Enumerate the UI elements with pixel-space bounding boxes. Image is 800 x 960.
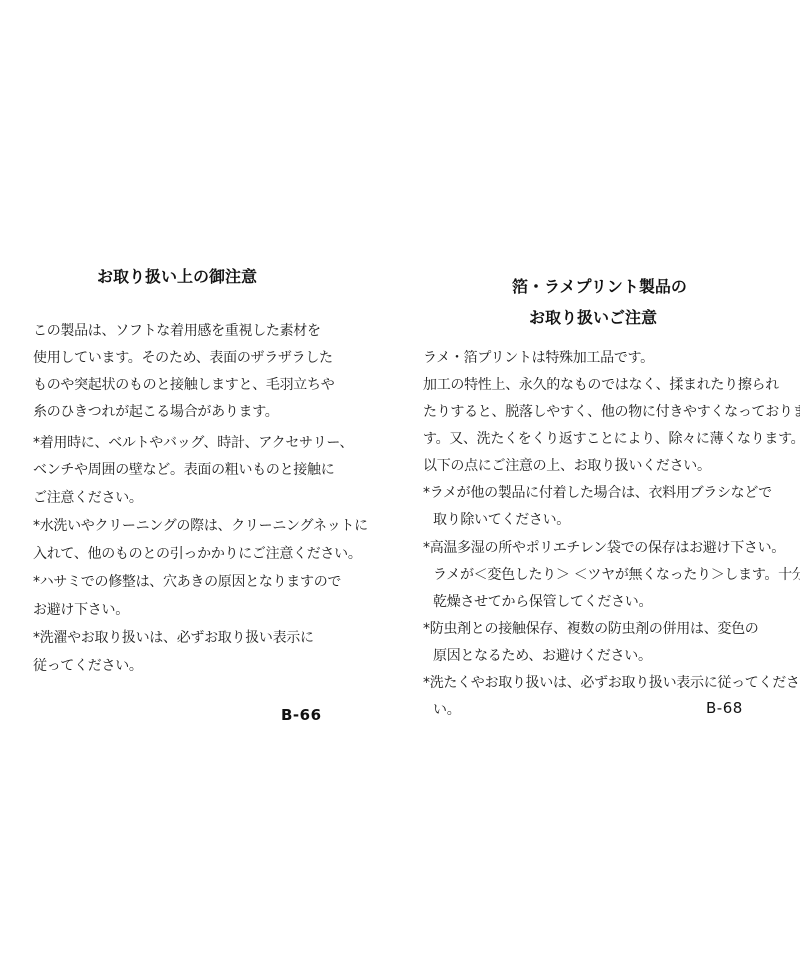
right-line: 以下の点にご注意の上、お取り扱いください。 xyxy=(423,455,711,475)
right-line: 乾燥させてから保管してください。 xyxy=(433,591,652,611)
left-line: *着用時に、ベルトやバッグ、時計、アクセサリー、 xyxy=(33,432,353,452)
right-line: 加工の特性上、永久的なものではなく、揉まれたり擦られ xyxy=(423,374,779,394)
right-line: *洗たくやお取り扱いは、必ずお取り扱い表示に従ってくださ xyxy=(423,672,800,692)
left-line: *水洗いやクリーニングの際は、クリーニングネットに xyxy=(33,515,368,535)
left-title: お取り扱い上の御注意 xyxy=(97,264,257,287)
left-line: 従ってください。 xyxy=(33,655,143,675)
left-line: ベンチや周囲の壁など。表面の粗いものと接触に xyxy=(33,459,334,479)
left-line: 使用しています。そのため、表面のザラザラした xyxy=(33,347,333,367)
right-line: *ラメが他の製品に付着した場合は、衣料用ブラシなどで xyxy=(423,482,772,502)
right-line: 取り除いてください。 xyxy=(433,509,570,529)
right-title-line1: 箔・ラメプリント製品の xyxy=(512,274,687,297)
right-line: *高温多湿の所やポリエチレン袋での保存はお避け下さい。 xyxy=(423,537,785,557)
left-line: お避け下さい。 xyxy=(33,599,129,619)
right-line: い。 xyxy=(433,699,460,719)
right-line: 原因となるため、お避けください。 xyxy=(433,645,652,665)
left-line: *ハサミでの修整は、穴あきの原因となりますので xyxy=(33,571,341,591)
right-page-code: B-68 xyxy=(706,699,743,717)
left-line: *洗濯やお取り扱いは、必ずお取り扱い表示に xyxy=(33,627,314,647)
right-line: ラメが＜変色したり＞ ＜ツヤが無くなったり＞します。十分 xyxy=(433,564,800,584)
left-page-code: B-66 xyxy=(281,706,322,724)
left-line: ご注意ください。 xyxy=(33,487,143,507)
left-line: 入れて、他のものとの引っかかりにご注意ください。 xyxy=(33,543,362,563)
left-line: この製品は、ソフトな着用感を重視した素材を xyxy=(33,320,321,340)
right-line: *防虫剤との接触保存、複数の防虫剤の併用は、変色の xyxy=(423,618,759,638)
right-line: す。又、洗たくをくり返すことにより、除々に薄くなります。 xyxy=(423,428,800,448)
right-line: たりすると、脱落しやすく、他の物に付きやすくなっておりま xyxy=(423,401,800,421)
left-line: ものや突起状のものと接触しますと、毛羽立ちや xyxy=(33,374,334,394)
right-title-line2: お取り扱いご注意 xyxy=(529,305,657,328)
right-line: ラメ・箔プリントは特殊加工品です。 xyxy=(423,347,654,367)
left-line: 糸のひきつれが起こる場合があります。 xyxy=(33,401,278,421)
